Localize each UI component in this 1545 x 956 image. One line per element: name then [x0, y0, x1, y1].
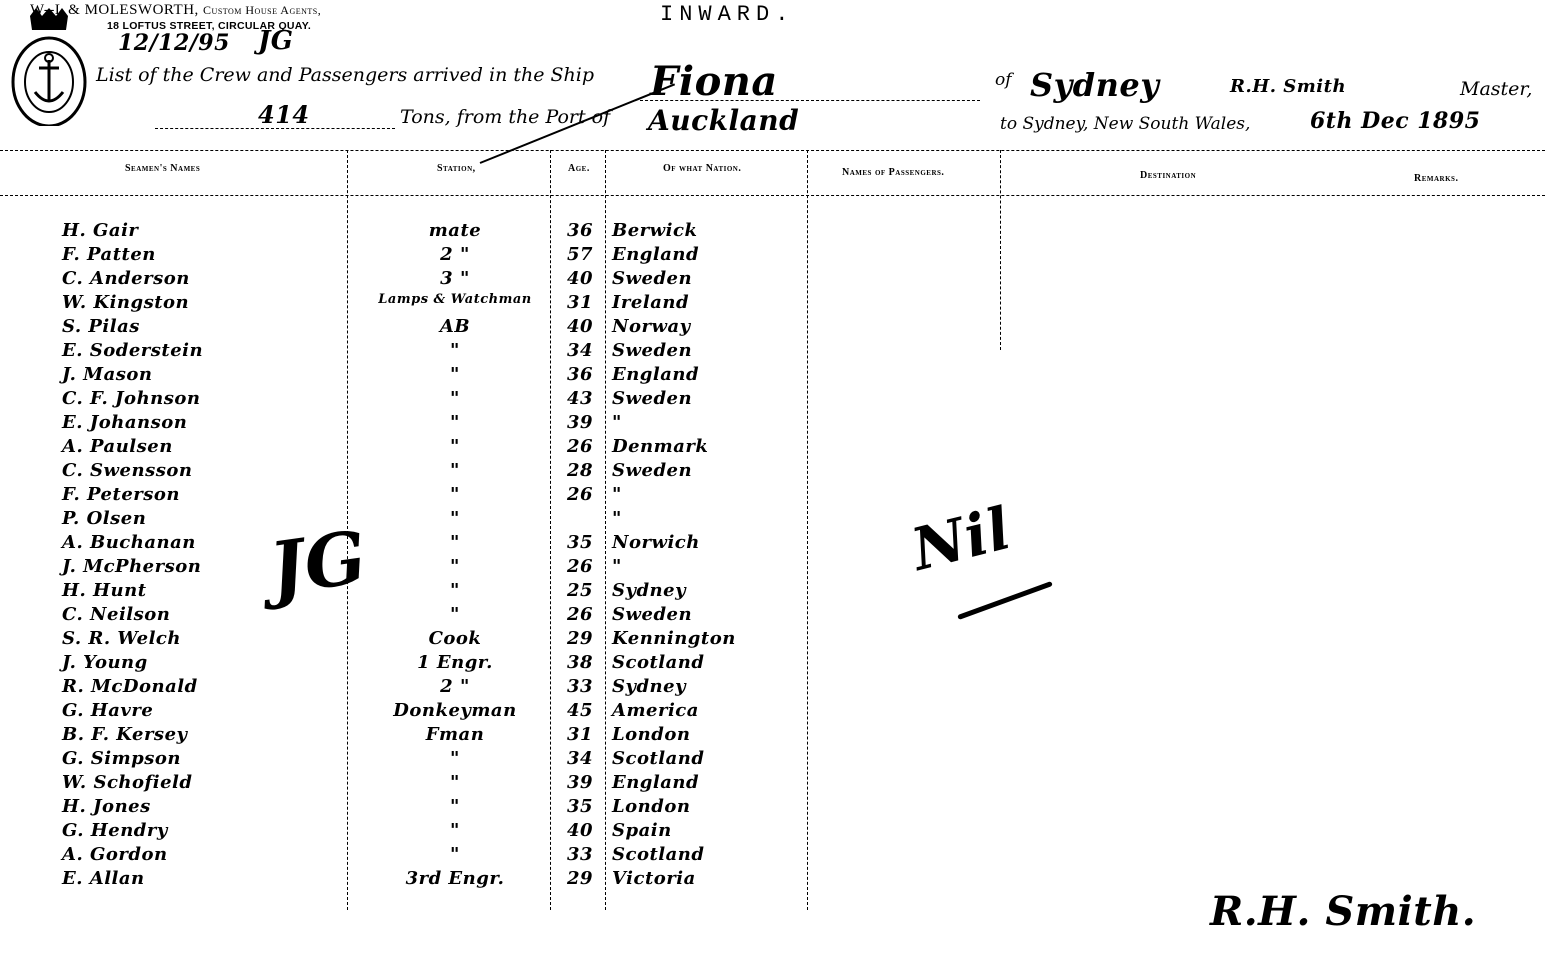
station: " — [360, 580, 550, 601]
col-header-nation: Of what Nation. — [663, 163, 741, 174]
master-label: Master, — [1460, 78, 1532, 100]
station: " — [360, 772, 550, 793]
seaman-name: G. Hendry — [62, 820, 168, 841]
nation: " — [612, 556, 622, 577]
table-row: H. Gairmate36Berwick — [0, 220, 820, 244]
nation: Berwick — [612, 220, 697, 241]
age: 45 — [558, 700, 602, 721]
nation: Kennington — [612, 628, 736, 649]
station: 2 " — [360, 244, 550, 265]
age: 31 — [558, 292, 602, 313]
nation: Scotland — [612, 844, 704, 865]
age: 31 — [558, 724, 602, 745]
table-row: W. Schofield"39England — [0, 772, 820, 796]
table-row: G. HavreDonkeyman45America — [0, 700, 820, 724]
age: 33 — [558, 844, 602, 865]
agent-suffix: Custom House Agents, — [203, 3, 321, 17]
seaman-name: H. Gair — [62, 220, 138, 241]
station: 1 Engr. — [360, 652, 550, 673]
station: " — [360, 556, 550, 577]
age: 40 — [558, 820, 602, 841]
table-row: G. Hendry"40Spain — [0, 820, 820, 844]
seaman-name: H. Jones — [62, 796, 151, 817]
nil-passengers-signature: Nil — [905, 494, 1017, 584]
age: 38 — [558, 652, 602, 673]
of-label: of — [995, 70, 1012, 90]
nation: " — [612, 412, 622, 433]
seaman-name: S. Pilas — [62, 316, 140, 337]
master-signature: R.H. Smith. — [1210, 888, 1476, 935]
seaman-name: C. Anderson — [62, 268, 190, 289]
age: 57 — [558, 244, 602, 265]
nation: England — [612, 364, 699, 385]
age: 43 — [558, 388, 602, 409]
nation: London — [612, 724, 690, 745]
nation: Scotland — [612, 652, 704, 673]
table-row: C. F. Johnson"43Sweden — [0, 388, 820, 412]
station: AB — [360, 316, 550, 337]
age: 36 — [558, 220, 602, 241]
nation: Spain — [612, 820, 672, 841]
nil-underline-stroke — [957, 581, 1053, 620]
handwritten-date: 12/12/95 — [118, 30, 230, 56]
nation: Sydney — [612, 580, 686, 601]
table-row: E. Soderstein"34Sweden — [0, 340, 820, 364]
table-row: A. Gordon"33Scotland — [0, 844, 820, 868]
age: 35 — [558, 532, 602, 553]
station: " — [360, 484, 550, 505]
table-row: A. Paulsen"26Denmark — [0, 436, 820, 460]
station: " — [360, 796, 550, 817]
nation: England — [612, 244, 699, 265]
age: 33 — [558, 676, 602, 697]
shipping-master-seal-anchor-icon — [8, 8, 90, 126]
col-header-remarks: Remarks. — [1414, 173, 1458, 184]
station: " — [360, 340, 550, 361]
table-row: C. Anderson3 "40Sweden — [0, 268, 820, 292]
master-name: R.H. Smith — [1230, 76, 1346, 97]
nation: Sweden — [612, 340, 692, 361]
station: " — [360, 388, 550, 409]
seaman-name: F. Peterson — [62, 484, 180, 505]
seaman-name: C. Neilson — [62, 604, 170, 625]
nation: Scotland — [612, 748, 704, 769]
table-row: F. Patten2 "57England — [0, 244, 820, 268]
age: 26 — [558, 436, 602, 457]
col-header-passengers: Names of Passengers. — [842, 167, 944, 178]
nation: London — [612, 796, 690, 817]
seaman-name: G. Simpson — [62, 748, 181, 769]
seaman-name: P. Olsen — [62, 508, 146, 529]
age: 40 — [558, 268, 602, 289]
seaman-name: A. Paulsen — [62, 436, 173, 457]
seaman-name: S. R. Welch — [62, 628, 181, 649]
table-row: C. Swensson"28Sweden — [0, 460, 820, 484]
table-row: J. McPherson"26" — [0, 556, 820, 580]
margin-initials: JG — [265, 514, 372, 612]
station: " — [360, 364, 550, 385]
col-header-age: Age. — [568, 163, 590, 174]
nation: England — [612, 772, 699, 793]
age: 40 — [558, 316, 602, 337]
station: Fman — [360, 724, 550, 745]
handwritten-initials: JG — [258, 26, 294, 56]
age: 36 — [558, 364, 602, 385]
seaman-name: J. Young — [62, 652, 148, 673]
station: Lamps & Watchman — [360, 292, 550, 307]
age: 29 — [558, 868, 602, 889]
nation: Ireland — [612, 292, 689, 313]
header-bottom-rule — [0, 195, 1545, 196]
nation: America — [612, 700, 699, 721]
station: " — [360, 604, 550, 625]
seaman-name: J. Mason — [62, 364, 152, 385]
nation: " — [612, 508, 622, 529]
table-row: G. Simpson"34Scotland — [0, 748, 820, 772]
age: 26 — [558, 604, 602, 625]
nation: Victoria — [612, 868, 696, 889]
table-row: J. Young1 Engr.38Scotland — [0, 652, 820, 676]
table-row: J. Mason"36England — [0, 364, 820, 388]
age: 29 — [558, 628, 602, 649]
tons-from-port-label: Tons, from the Port of — [400, 106, 610, 128]
seaman-name: W. Kingston — [62, 292, 189, 313]
tonnage: 414 — [258, 100, 310, 129]
age: 28 — [558, 460, 602, 481]
station: mate — [360, 220, 550, 241]
station: " — [360, 748, 550, 769]
col-divider-passengers-destination — [1000, 150, 1001, 350]
nation: Denmark — [612, 436, 708, 457]
seaman-name: C. F. Johnson — [62, 388, 200, 409]
table-row: F. Peterson"26" — [0, 484, 820, 508]
seaman-name: C. Swensson — [62, 460, 192, 481]
destination-label: to Sydney, New South Wales, — [1000, 114, 1250, 134]
form-title: INWARD. — [660, 2, 794, 27]
station: " — [360, 412, 550, 433]
port-of-registry: Sydney — [1030, 66, 1159, 104]
nation: Sweden — [612, 460, 692, 481]
nation: " — [612, 484, 622, 505]
age: 35 — [558, 796, 602, 817]
seaman-name: R. McDonald — [62, 676, 198, 697]
nation: Norwich — [612, 532, 700, 553]
age: 39 — [558, 412, 602, 433]
table-top-rule — [0, 150, 1545, 151]
nation: Sweden — [612, 604, 692, 625]
seaman-name: J. McPherson — [62, 556, 201, 577]
nation: Sweden — [612, 268, 692, 289]
table-row: S. R. WelchCook29Kennington — [0, 628, 820, 652]
nation: Sydney — [612, 676, 686, 697]
age: 39 — [558, 772, 602, 793]
seaman-name: F. Patten — [62, 244, 156, 265]
seaman-name: G. Havre — [62, 700, 153, 721]
station: " — [360, 844, 550, 865]
table-row: P. Olsen"" — [0, 508, 820, 532]
col-header-seamens-names: Seamen's Names — [125, 163, 200, 174]
crew-list-heading: List of the Crew and Passengers arrived … — [96, 64, 594, 86]
age: 26 — [558, 556, 602, 577]
station: " — [360, 508, 550, 529]
seaman-name: H. Hunt — [62, 580, 147, 601]
age: 25 — [558, 580, 602, 601]
age: 34 — [558, 748, 602, 769]
table-row: S. PilasAB40Norway — [0, 316, 820, 340]
table-row: B. F. KerseyFman31London — [0, 724, 820, 748]
arrival-date: 6th Dec 1895 — [1310, 108, 1480, 134]
ship-name-underline — [640, 100, 980, 101]
station: " — [360, 460, 550, 481]
table-row: W. KingstonLamps & Watchman31Ireland — [0, 292, 820, 316]
station: Cook — [360, 628, 550, 649]
age: 34 — [558, 340, 602, 361]
station: Donkeyman — [360, 700, 550, 721]
table-row: E. Allan3rd Engr.29Victoria — [0, 868, 820, 892]
seaman-name: E. Allan — [62, 868, 145, 889]
station: " — [360, 436, 550, 457]
station: 3 " — [360, 268, 550, 289]
table-row: R. McDonald2 "33Sydney — [0, 676, 820, 700]
col-header-station: Station, — [437, 163, 476, 174]
seaman-name: E. Johanson — [62, 412, 187, 433]
table-row: H. Hunt"25Sydney — [0, 580, 820, 604]
station: 2 " — [360, 676, 550, 697]
seaman-name: A. Buchanan — [62, 532, 196, 553]
nation: Norway — [612, 316, 691, 337]
table-row: C. Neilson"26Sweden — [0, 604, 820, 628]
ship-name: Fiona — [650, 58, 778, 105]
station: " — [360, 532, 550, 553]
station: " — [360, 820, 550, 841]
age: 26 — [558, 484, 602, 505]
from-port: Auckland — [648, 104, 799, 137]
nation: Sweden — [612, 388, 692, 409]
seaman-name: E. Soderstein — [62, 340, 203, 361]
table-row: E. Johanson"39" — [0, 412, 820, 436]
table-row: A. Buchanan"35Norwich — [0, 532, 820, 556]
seaman-name: W. Schofield — [62, 772, 192, 793]
station: 3rd Engr. — [360, 868, 550, 889]
col-header-destination: Destination — [1140, 170, 1196, 181]
seaman-name: B. F. Kersey — [62, 724, 187, 745]
table-row: H. Jones"35London — [0, 796, 820, 820]
seaman-name: A. Gordon — [62, 844, 168, 865]
